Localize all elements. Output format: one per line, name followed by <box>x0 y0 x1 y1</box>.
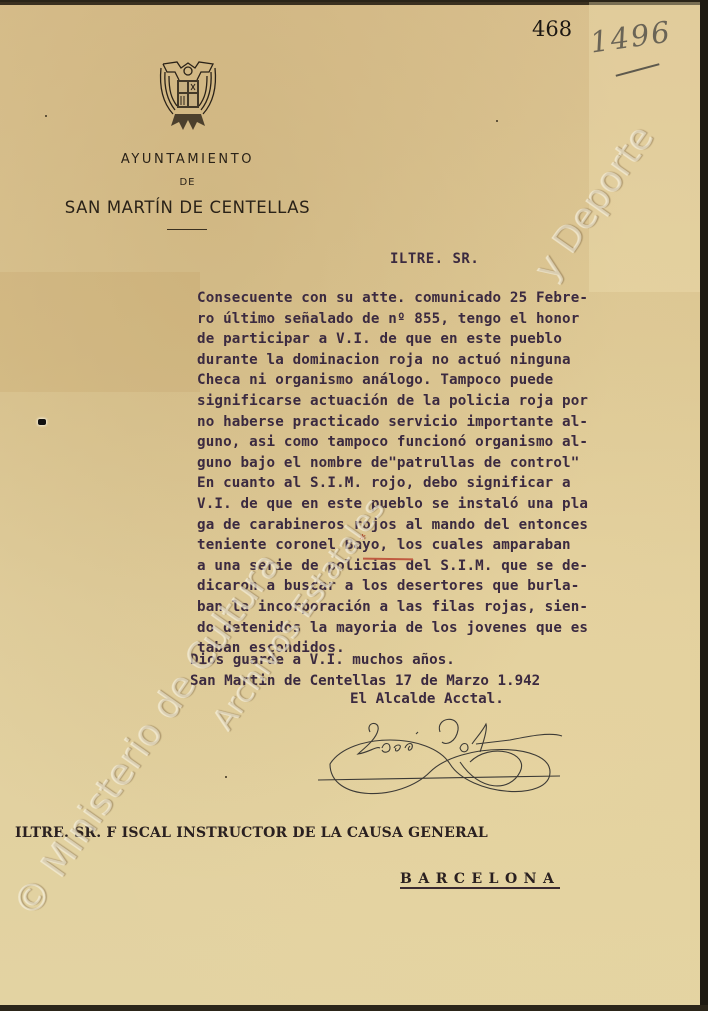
letter-body-line: ga de carabineros rojos al mando del ent… <box>197 515 588 536</box>
letter-body-line: Checa ni organismo análogo. Tampoco pued… <box>197 370 588 391</box>
handwritten-underline <box>616 63 660 76</box>
page-top-edge <box>0 2 700 5</box>
letter-body-line: guno, asi como tampoco funcionó organism… <box>197 432 588 453</box>
watermark-ministerio: © Ministerio de Cultura <box>5 544 289 925</box>
paper-light-band <box>589 2 700 292</box>
letter-body-line: significarse actuación de la policia roj… <box>197 391 588 412</box>
letterhead-line-1: AYUNTAMIENTO <box>40 152 335 167</box>
paper-stain <box>0 272 200 392</box>
letterhead-municipality: SAN MARTÍN DE CENTELLAS <box>40 198 335 217</box>
signature-icon: José Portet <box>310 702 570 812</box>
document-page: 468 1496 AYUNTAMIENTO DE SAN MARTÍN DE C… <box>0 2 700 1005</box>
paper-speck <box>45 115 47 117</box>
letter-body-line: En cuanto al S.I.M. rojo, debo significa… <box>197 473 588 494</box>
addressee-city: BARCELONA <box>400 871 560 889</box>
page-bottom-edge <box>0 1005 708 1011</box>
paper-speck <box>225 776 227 778</box>
letter-body-line: no haberse practicado servicio important… <box>197 412 588 433</box>
letterhead-line-2: DE <box>40 177 335 188</box>
salutation: ILTRE. SR. <box>390 251 479 267</box>
letter-body-line: do detenidos la mayoria de los jovenes q… <box>197 618 588 639</box>
paper-punch-hole <box>38 419 46 425</box>
letter-body-line: durante la dominacion roja no actuó ning… <box>197 350 588 371</box>
letter-body-line: guno bajo el nombre de"patrullas de cont… <box>197 453 588 474</box>
handwritten-folio-number: 1496 <box>588 14 674 59</box>
paper-speck <box>496 120 498 122</box>
letter-body-line: ro último señalado de nº 855, tengo el h… <box>197 309 588 330</box>
coat-of-arms-eagle-icon <box>157 58 219 134</box>
letter-body-line: Consecuente con su atte. comunicado 25 F… <box>197 288 588 309</box>
letterhead-rule <box>167 229 207 230</box>
page-right-edge <box>700 0 708 1011</box>
archive-stamp-number: 468 <box>532 17 572 41</box>
letter-body-line: de participar a V.I. de que en este pueb… <box>197 329 588 350</box>
